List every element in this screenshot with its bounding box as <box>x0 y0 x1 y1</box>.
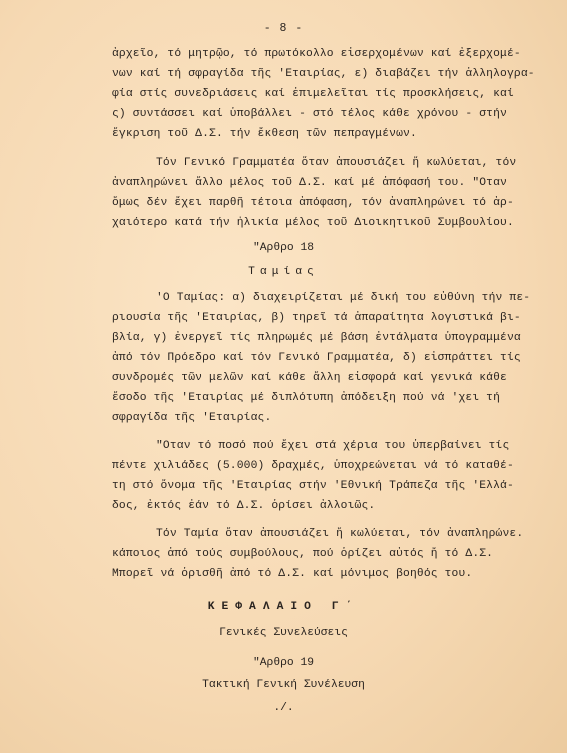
text-line: Τόν Γενικό Γραμματέα ὅταν ἀπουσιάζει ἤ κ… <box>156 157 516 169</box>
document-page: - 8 - ἀρχεῖο, τό μητρῷο, τό πρωτόκολλο ε… <box>0 0 567 753</box>
article-19-heading: Τακτική Γενική Συνέλευση <box>0 679 567 691</box>
text-line: σφραγίδα τῆς 'Εταιρίας. <box>112 412 271 424</box>
text-line: Μπορεῖ νά ὁρισθῆ ἀπό τό Δ.Σ. καί μόνιμος… <box>112 568 472 580</box>
text-line: τη στό ὄνομα τῆς 'Εταιρίας στήν 'Εθνική … <box>112 480 514 492</box>
text-line: χαιότερο κατά τήν ἡλικία μέλος τοῦ Διοικ… <box>112 217 514 229</box>
article-18-heading: Ταμίας <box>0 266 567 278</box>
text-line: φία στίς συνεδριάσεις καί ἐπιμελεῖται τί… <box>112 88 514 100</box>
text-line: ἀναπληρώνει ἄλλο μέλος τοῦ Δ.Σ. καί μέ ἀ… <box>112 177 507 189</box>
text-line: πέντε χιλιάδες (5.000) δραχμές, ὑποχρεών… <box>112 460 514 472</box>
text-line: ριουσία τῆς 'Εταιρίας, β) τηρεῖ τά ἀπαρα… <box>112 312 521 324</box>
chapter-subtitle: Γενικές Συνελεύσεις <box>0 627 567 639</box>
text-line: Τόν Ταμία ὅταν ἀπουσιάζει ἤ κωλύεται, τό… <box>156 528 523 540</box>
text-line: συνδρομές τῶν μελῶν καί κάθε ἄλλη εἰσφορ… <box>112 372 507 384</box>
article-18-title: "Αρθρο 18 <box>0 242 567 254</box>
continuation-mark: ./. <box>0 702 567 714</box>
article-19-title: "Αρθρο 19 <box>0 657 567 669</box>
text-line: ὅμως δέν ἔχει παρθῆ τέτοια ἀπόφαση, τόν … <box>112 197 514 209</box>
text-line: ἀρχεῖο, τό μητρῷο, τό πρωτόκολλο εἰσερχο… <box>112 48 521 60</box>
text-line: "Οταν τό ποσό πού ἔχει στά χέρια του ὑπε… <box>156 440 509 452</box>
text-line: βλία, γ) ἐνεργεῖ τίς πληρωμές μέ βάση ἐν… <box>112 332 521 344</box>
page-number: - 8 - <box>0 22 567 35</box>
chapter-title: ΚΕΦΑΛΑΙΟ Γ΄ <box>0 601 567 613</box>
text-line: κάποιος ἀπό τούς συμβούλους, πού ὁρίζει … <box>112 548 493 560</box>
text-line: ἀπό τόν Πρόεδρο καί τόν Γενικό Γραμματέα… <box>112 352 521 364</box>
text-line: δος, ἐκτός ἐάν τό Δ.Σ. ὁρίσει ἀλλοιῶς. <box>112 500 375 512</box>
text-line: νων καί τή σφραγίδα τῆς 'Εταιρίας, ε) δι… <box>112 68 535 80</box>
text-line: ἔσοδο τῆς 'Εταιρίας μέ διπλότυπη ἀπόδειξ… <box>112 392 500 404</box>
text-line: 'Ο Ταμίας: α) διαχειρίζεται μέ δική του … <box>156 292 530 304</box>
text-line: ς) συντάσσει καί ὑποβάλλει - στό τέλος κ… <box>112 108 507 120</box>
text-line: ἔγκριση τοῦ Δ.Σ. τήν ἔκθεση τῶν πεπραγμέ… <box>112 128 417 140</box>
